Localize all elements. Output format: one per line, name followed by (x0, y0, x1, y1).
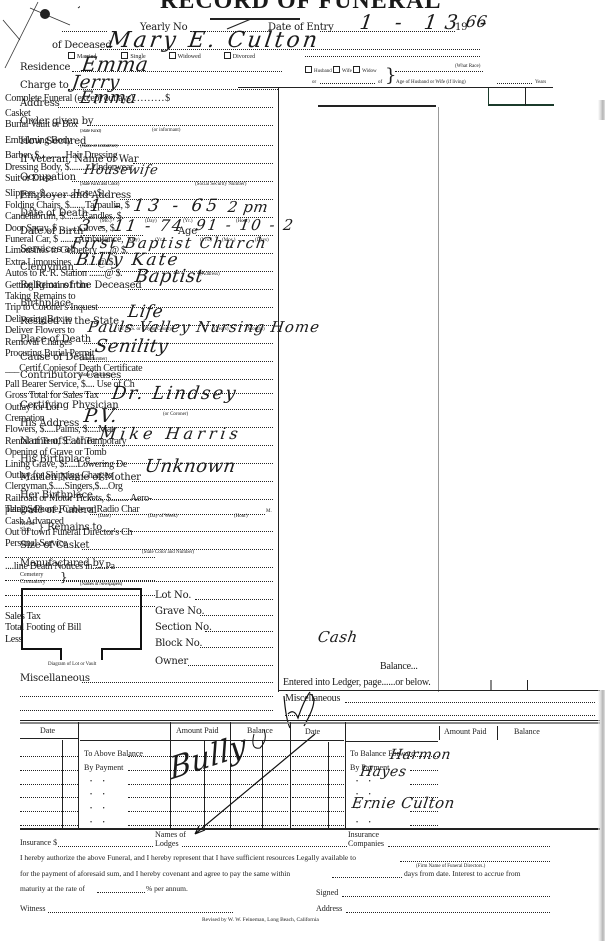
ledger-date-cell[interactable] (292, 769, 344, 771)
charge-item[interactable]: Folding Chairs, $.......Tarpaulin, $ (5, 200, 163, 211)
ledger-amount-field[interactable] (410, 769, 438, 771)
charge-item[interactable]: Autos to R. R. Station .......@ $. (5, 268, 163, 279)
widowed-checkbox[interactable]: Widowed (169, 54, 201, 60)
death-hour-value: 2 pm (227, 198, 270, 216)
ledger-tick-2 (527, 680, 528, 690)
ledger-date-cell[interactable] (20, 810, 78, 812)
brace: } (385, 65, 396, 86)
ledger-date-cell[interactable] (292, 755, 344, 757)
right-col-divider-1 (345, 722, 346, 828)
charge-item[interactable]: Clergyman,$.....Singers,$....Org (5, 481, 163, 492)
ssn-hint: (Social Security Number) (195, 182, 246, 188)
charge-item[interactable]: Pall Bearer Service, $.... Use of Ch (5, 379, 163, 390)
charge-item[interactable]: Flowers, $.....Palms, $.....Mat (5, 424, 163, 435)
spouse-or-label: or (312, 80, 316, 86)
diagram-bottom-left (21, 648, 62, 650)
charge-item[interactable]: Telegr., Phone, Cable or Radio Char (5, 504, 163, 515)
charge-item[interactable]: Casket (5, 108, 163, 119)
charge-item[interactable]: Door Spray, $ .........Gloves, $. . (5, 223, 163, 234)
charge-item[interactable]: Total Footing of Bill (5, 622, 163, 633)
record-no-dots (62, 30, 107, 32)
ledger-date-cell[interactable] (20, 769, 78, 771)
diagram-leg-right (101, 648, 103, 660)
funeral-m: M. (266, 509, 272, 515)
diagram-label: Diagram of Lot or Vault (48, 662, 96, 668)
misc-field[interactable] (82, 681, 273, 683)
charge-item[interactable]: Getting Remains from (5, 280, 163, 291)
charge-item[interactable]: Less (5, 634, 163, 645)
firm-name-field[interactable] (400, 860, 550, 862)
complete-funeral-label: Complete Funeral (except outlays).......… (5, 93, 215, 104)
diagram-leg-left (60, 648, 62, 660)
charge-item[interactable]: Deliver Flowers to (5, 325, 163, 336)
ledger-date-cell[interactable] (20, 824, 78, 826)
charge-hint: (State Physician's) (80, 373, 160, 378)
deceased-name-value: Mary E. Culton (106, 28, 321, 53)
address-field-footer[interactable] (346, 911, 550, 913)
age-spouse-field[interactable] (497, 82, 532, 84)
ledger-date-cell[interactable] (292, 796, 344, 798)
complete-funeral-amount-box[interactable] (488, 88, 554, 106)
charge-item[interactable]: Gross Total for Sales Tax (5, 390, 163, 401)
insurance-field[interactable] (58, 845, 153, 847)
companies-label: InsuranceCompanies (348, 830, 384, 848)
bullet-marks: • • (356, 818, 371, 828)
widow-checkbox[interactable]: Widow (353, 69, 377, 74)
charge-item[interactable]: Taking Remains to (5, 291, 163, 302)
bullet-marks: • • (90, 804, 105, 814)
charge-item[interactable]: Rental of Tent, $....of Temporary (5, 436, 163, 447)
ledger-date-cell[interactable] (20, 796, 78, 798)
scan-edge (598, 100, 605, 120)
signed-label: Signed (316, 888, 338, 898)
owner-label: Owner (155, 656, 188, 668)
right-ledger-header-rule (290, 740, 344, 741)
ledger-row-label: By Payment (84, 763, 123, 773)
charge-hint: (State Kind and Color) (80, 182, 160, 187)
ledger-amount-field[interactable] (410, 824, 438, 826)
spouse-name-field[interactable] (320, 82, 375, 84)
charge-item[interactable]: Outlay for Shipping Charges (5, 470, 163, 481)
husband-checkbox[interactable]: Husband (305, 69, 332, 74)
charge-item[interactable] (5, 599, 155, 607)
charge-item[interactable]: Cash Advanced (5, 516, 163, 527)
ledger-date-cell[interactable] (292, 783, 344, 785)
ledger-top-double-2 (20, 722, 600, 724)
ledger-date-cell[interactable] (292, 810, 344, 812)
lot-no-field[interactable] (195, 598, 273, 600)
ledger-date-cell[interactable] (20, 755, 78, 757)
grave-no-field[interactable] (200, 614, 273, 616)
right-handwritten-3: Ernie Culton (351, 794, 456, 812)
charge-item[interactable]: Barber, $............Hair Dressing (5, 150, 163, 161)
title-underline (210, 18, 300, 20)
age-spouse-label: Age of Husband or Wife (if living) (396, 80, 466, 86)
charge-item[interactable] (5, 588, 155, 596)
bullet-marks: • • (90, 777, 105, 787)
right-handwritten-1: Harmon (389, 747, 452, 763)
right-panel-inner-border (438, 107, 439, 692)
residence-label: Residence (20, 62, 70, 74)
charge-to-label: Charge to (20, 80, 69, 92)
right-ledger-balance-header: Balance (514, 727, 540, 737)
ledger-amount-field[interactable] (410, 783, 438, 785)
charge-item[interactable]: Dressing Body, $..........Underwear (5, 162, 163, 173)
rate-field[interactable] (97, 891, 145, 893)
complete-funeral-underline (318, 105, 436, 107)
charge-item[interactable]: Personal Service (5, 538, 163, 549)
bullet-marks: • • (90, 818, 105, 828)
charge-item[interactable]: Outlay for Lot (5, 402, 163, 413)
revised-text: Revised by W. W. Feineman, Long Beach, C… (202, 917, 319, 923)
right-ledger-header-rule-2 (346, 741, 438, 742)
scan-edge-bottom (598, 690, 605, 941)
payment-text: for the payment of aforesaid sum, and I … (20, 869, 290, 879)
funeral-hint-hour: (Hour) (234, 514, 248, 520)
less-value: Cash (317, 628, 359, 646)
charge-item[interactable]: Candelabrum, $........Candles, $. (5, 211, 163, 222)
misc-label: Miscellaneous (20, 673, 90, 685)
charge-item[interactable]: Funeral Car, $ ........Ambulance, (5, 234, 163, 245)
address-label-footer: Address (316, 904, 342, 914)
misc-field-3[interactable] (20, 709, 273, 711)
maturity-text: maturity at the rate of (20, 884, 85, 894)
right-handwritten-2: Hayes (359, 764, 408, 780)
section-no-label: Section No. (155, 622, 212, 634)
right-col-divider-2 (439, 726, 440, 740)
right-misc-field[interactable] (345, 701, 595, 703)
year-suffix-value: 66 (465, 12, 489, 31)
deceased-name-label: of Deceased (52, 40, 112, 52)
charge-item[interactable]: Delivering Box to (5, 314, 163, 325)
left-col-divider-1 (78, 722, 79, 828)
witness-label: Witness (20, 904, 45, 914)
companies-field[interactable] (388, 845, 550, 847)
left-ledger-header-rule (20, 738, 78, 739)
percent-text: % per annum. (146, 884, 188, 894)
charge-hint: (State Kind) (80, 129, 160, 134)
charge-item[interactable]: Opening of Grave or Tomb (5, 447, 163, 458)
ledger-date-cell[interactable] (20, 783, 78, 785)
ledger-top-double-1 (20, 720, 600, 721)
insurance-label: Insurance $ (20, 838, 57, 848)
race-field[interactable] (305, 55, 480, 57)
charge-hint: (Name of Embalmer) (80, 144, 160, 149)
spouse-race-field[interactable] (395, 70, 483, 72)
charge-item[interactable]: Limousines to Cemetery .....@ $. (5, 245, 163, 256)
charge-item[interactable]: Slippers, $.............Hose, $.... (5, 188, 163, 199)
right-ledger-date-header: Date (305, 727, 320, 737)
wife-checkbox[interactable]: Wife (333, 69, 352, 74)
block-no-field[interactable] (200, 646, 273, 648)
authorize-text: I hereby authorize the above Funeral, an… (20, 853, 356, 863)
misc-field-2[interactable] (20, 695, 273, 697)
charge-item[interactable]: Lining Grave, $......Lowering De (5, 459, 163, 470)
charge-item[interactable]: Sales Tax (5, 611, 163, 622)
amount-divider (525, 88, 526, 106)
charge-item[interactable]: Out of town Funeral Director's Ch (5, 527, 163, 538)
ledger-tick-1 (490, 680, 492, 690)
ledger-row-label: To Above Balance (84, 749, 143, 759)
section-no-field[interactable] (205, 630, 273, 632)
divorced-checkbox[interactable]: Divorced (224, 54, 255, 60)
days-text: days from date. Interest to accrue from (404, 869, 520, 879)
charge-hint: (Names of Newspapers) (80, 582, 160, 587)
years-label: Years (535, 80, 546, 86)
coroner-hint: (or Coroner) (163, 412, 188, 418)
spouse-status-row: Husband Wife Widow (305, 66, 377, 75)
charge-item[interactable] (5, 550, 155, 558)
charge-item[interactable] (5, 573, 155, 581)
left-ledger-date-header: Date (40, 726, 55, 736)
lot-no-label: Lot No. (155, 590, 191, 602)
diagram-bottom-right (101, 648, 142, 650)
charge-item[interactable]: Cremation (5, 413, 163, 424)
ledger-date-cell[interactable] (292, 824, 344, 826)
charge-item[interactable]: ....line Death Notices in......Pa (5, 561, 163, 572)
lodges-field[interactable] (182, 845, 347, 847)
right-col-divider-3 (497, 726, 498, 740)
owner-field[interactable] (188, 664, 273, 666)
charge-item[interactable]: Removal Charges (5, 337, 163, 348)
days-field[interactable] (332, 876, 402, 878)
spouse-of-label: of (378, 80, 382, 86)
charge-hint: (State Number) (80, 357, 160, 362)
charge-item[interactable]: Extra Limousines ...........@ $. (5, 257, 163, 268)
ledger-label[interactable]: Entered into Ledger, page......or below. (283, 677, 431, 689)
charge-item[interactable]: Trip to Coroner's Inquest (5, 302, 163, 313)
signed-field[interactable] (342, 895, 550, 897)
charges-panel (278, 88, 438, 692)
right-ledger-amount-header: Amount Paid (444, 727, 486, 737)
balance-label: Balance... (380, 661, 418, 673)
bullet-marks: • • (90, 790, 105, 800)
right-ledger-bottom (290, 828, 600, 830)
witness-field[interactable] (48, 911, 233, 913)
